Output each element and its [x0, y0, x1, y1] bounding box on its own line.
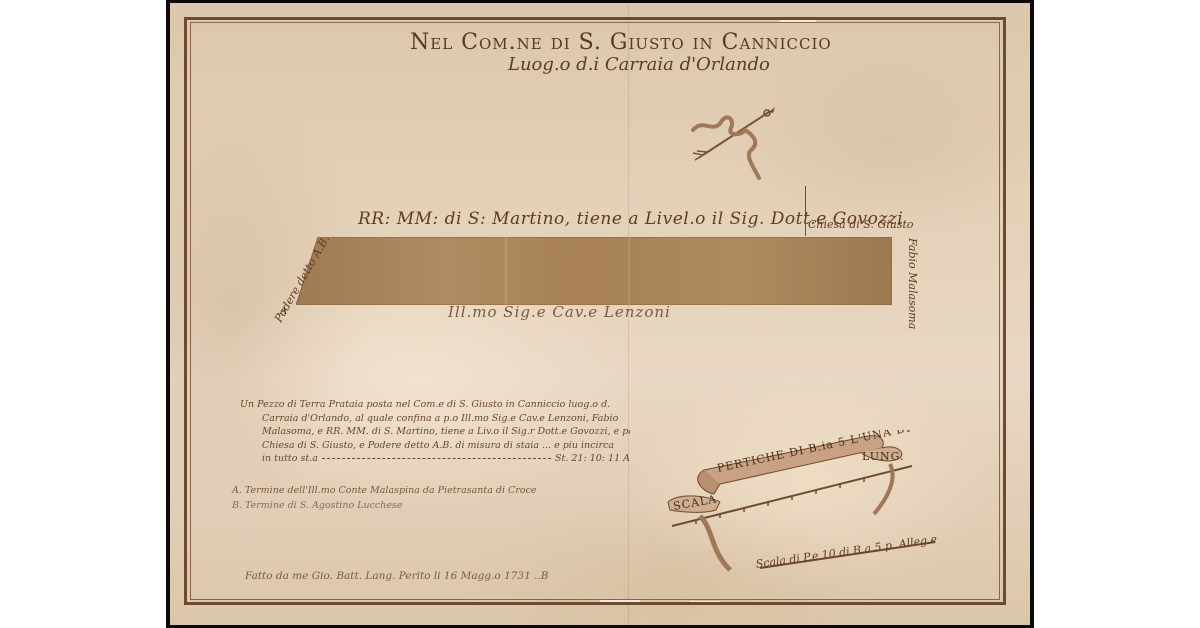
parcel-description: Un Pezzo di Terra Prataia posta nel Com.… [240, 398, 630, 466]
scale-ribbon-right: LUNG. [862, 450, 905, 463]
map-title: Nel Com.ne di S. Giusto in Canniccio [410, 30, 832, 55]
dashed-leader [322, 458, 551, 459]
land-plot-parcel[interactable] [296, 237, 892, 305]
description-line: Malasoma, e RR. MM. di S. Martino, tiene… [240, 425, 630, 439]
scale-bar-cartouche: SCALA PERTICHE DI B.ia 5 L'UNA DI LA LUN… [660, 430, 940, 600]
compass-arrow-icon [685, 100, 785, 185]
surveyor-signature: Fatto da me Gio. Batt. Lang. Perito li 1… [245, 570, 549, 582]
description-line: in tutto st.a [262, 452, 318, 466]
legend-item-a: A. Termine dell'Ill.mo Conte Malaspina d… [232, 485, 537, 496]
image-stage: Nel Com.ne di S. Giusto in Canniccio Luo… [0, 0, 1200, 628]
church-label: Chiesa di S. Giusto [808, 218, 914, 231]
east-boundary-label: Fabio Malasoma [906, 238, 919, 329]
area-total: St. 21: 10: 11 A [555, 452, 630, 466]
description-line: Chiesa di S. Giusto, e Podere detto A.B.… [240, 439, 630, 453]
description-total-row: in tutto st.a St. 21: 10: 11 A [240, 452, 630, 466]
legend-item-b: B. Termine di S. Agostino Lucchese [232, 500, 403, 511]
boundary-marker-a: A [280, 306, 287, 317]
description-line: Un Pezzo di Terra Prataia posta nel Com.… [240, 398, 630, 412]
map-subtitle: Luog.o d.i Carraia d'Orlando [508, 54, 770, 75]
church-boundary-line [805, 186, 806, 236]
south-boundary-label: Ill.mo Sig.e Cav.e Lenzoni [448, 303, 671, 321]
description-line: Carraia d'Orlando, al quale confina a p.… [240, 412, 630, 426]
